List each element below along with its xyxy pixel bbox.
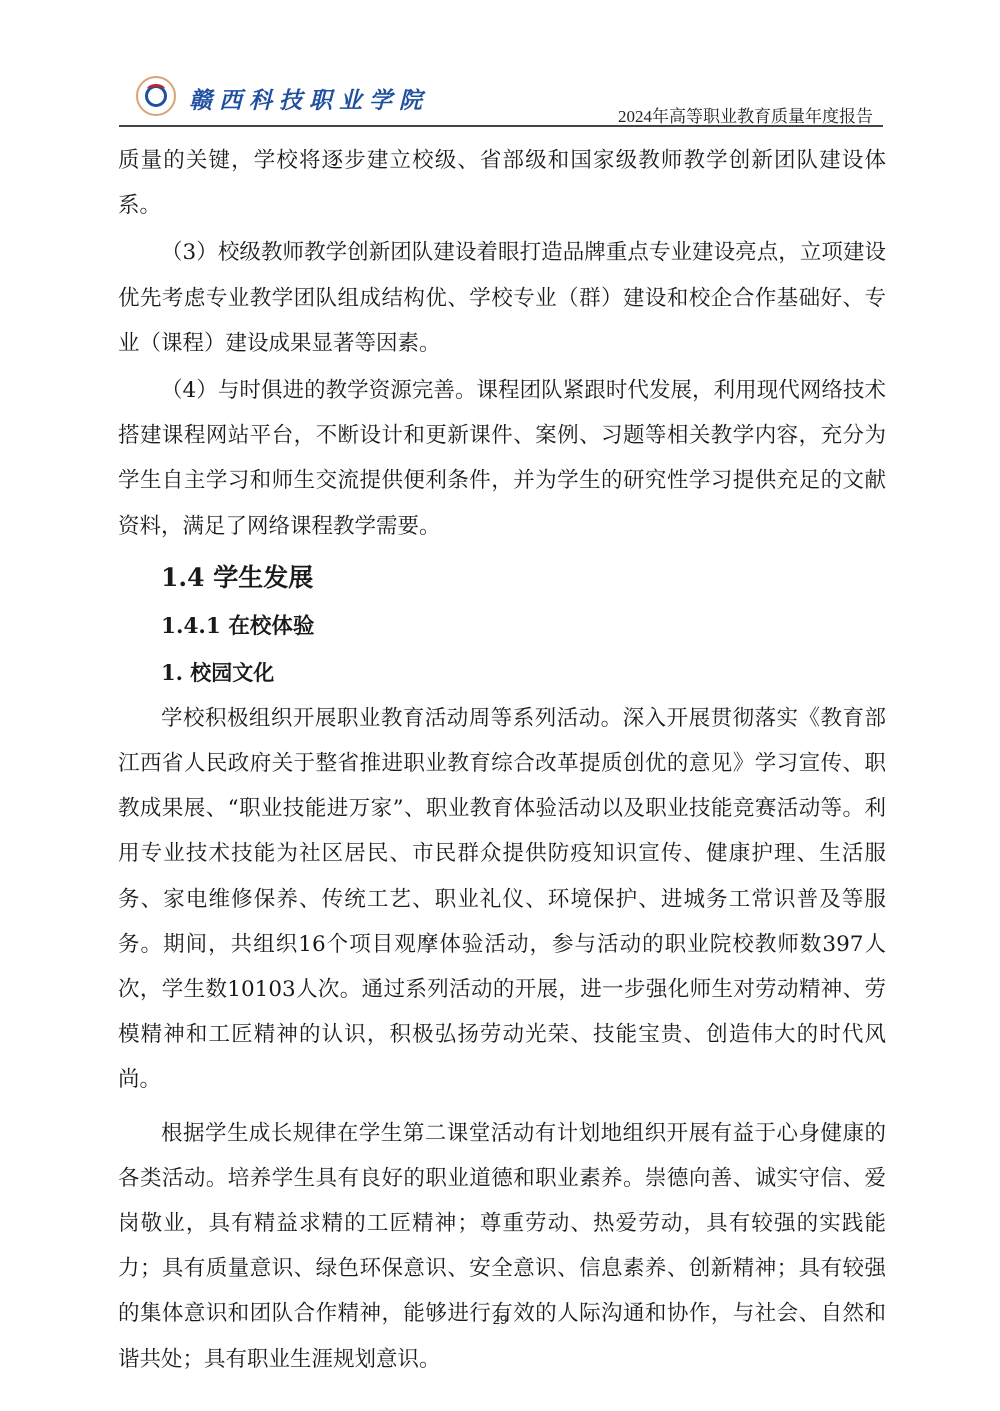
header-divider (119, 125, 883, 127)
paragraph-item-4: （4）与时俱进的教学资源完善。课程团队紧跟时代发展，利用现代网络技术搭建课程网站… (118, 368, 886, 549)
item-heading: 1. 校园文化 (118, 650, 886, 696)
paragraph-campus-culture-2: 根据学生成长规律在学生第二课堂活动有计划地组织开展有益于心身健康的各类活动。培养… (118, 1111, 886, 1382)
paragraph-intro-tail: 质量的关键，学校将逐步建立校级、省部级和国家级教师教学创新团队建设体系。 (118, 138, 886, 228)
page-header: 赣西科技职业学院 2024年高等职业教育质量年度报告 (119, 68, 883, 126)
paragraph-campus-culture-1: 学校积极组织开展职业教育活动周等系列活动。深入开展贯彻落实《教育部江西省人民政府… (118, 696, 886, 1103)
subsection-heading: 1.4.1 在校体验 (118, 604, 886, 650)
page-number: 29 (0, 1312, 1000, 1327)
school-emblem-icon (136, 76, 176, 116)
document-body: 质量的关键，学校将逐步建立校级、省部级和国家级教师教学创新团队建设体系。 （3）… (118, 138, 886, 1382)
report-title: 2024年高等职业教育质量年度报告 (618, 102, 873, 127)
emblem-arc (147, 84, 165, 94)
school-name: 赣西科技职业学院 (189, 82, 429, 115)
paragraph-item-3: （3）校级教师教学创新团队建设着眼打造品牌重点专业建设亮点，立项建设优先考虑专业… (118, 230, 886, 366)
section-heading: 1.4 学生发展 (118, 552, 886, 604)
